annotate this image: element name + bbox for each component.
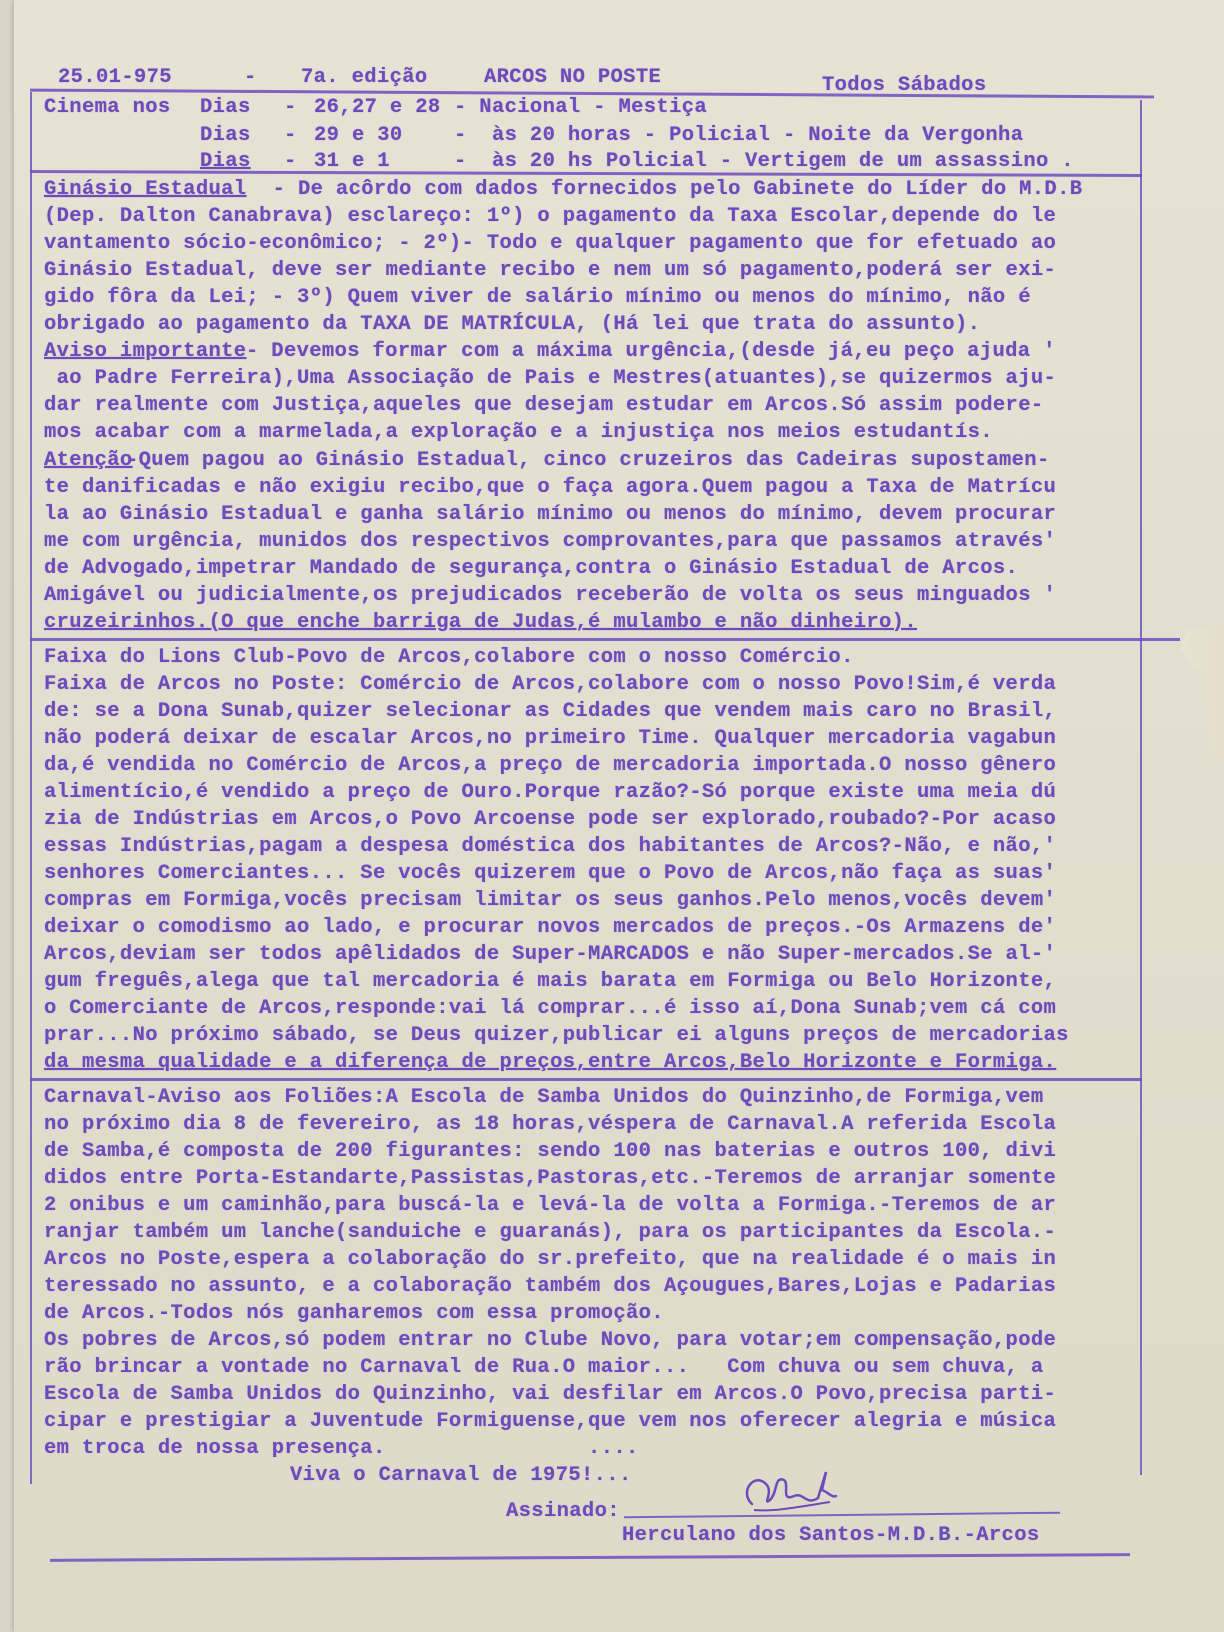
cinema-dias: Dias [200, 150, 251, 173]
paragraph-line: cruzeirinhos.(O que enche barriga de Jud… [44, 611, 917, 634]
paragraph-line: Arcos,deviam ser todos apêlidados de Sup… [44, 943, 1056, 966]
paragraph-line: não poderá deixar de escalar Arcos,no pr… [44, 727, 1056, 750]
header-date: 25.01-975 [58, 66, 172, 89]
paragraph-line: senhores Comerciantes... Se vocês quizer… [44, 862, 1056, 885]
paragraph-line: Carnaval-Aviso aos Foliões:A Escola de S… [44, 1086, 1044, 1109]
section-heading: Ginásio Estadual [44, 178, 246, 201]
left-border [30, 92, 32, 1484]
paragraph-line: vantamento sócio-econômico; - 2º)- Todo … [44, 232, 1056, 255]
paragraph-line: da mesma qualidade e a diferença de preç… [44, 1051, 1056, 1074]
paragraph-line: -Quem pagou ao Ginásio Estadual, cinco c… [126, 449, 1050, 472]
paragraph-line: o Comerciante de Arcos,responde:vai lá c… [44, 997, 1056, 1020]
cinema-days: 31 e 1 [314, 150, 390, 173]
paragraph-line: Faixa de Arcos no Poste: Comércio de Arc… [44, 673, 1056, 696]
cinema-sep: - [284, 96, 297, 119]
paragraph-line: mos acabar com a marmelada,a exploração … [44, 421, 993, 444]
paragraph-line: de: se a Dona Sunab,quizer selecionar as… [44, 700, 1056, 723]
header-edition: 7a. edição [301, 66, 428, 89]
paragraph-line: me com urgência, munidos dos respectivos… [44, 530, 1056, 553]
paragraph-line: - Devemos formar com a máxima urgência,(… [246, 340, 1056, 363]
paragraph-line: ao Padre Ferreira),Uma Associação de Pai… [44, 367, 1056, 390]
cinema-days: 29 e 30 [314, 124, 403, 147]
section-rule [30, 638, 1180, 641]
paragraph-line: de Arcos.-Todos nós ganharemos com essa … [44, 1302, 664, 1325]
paragraph-line: no próximo dia 8 de fevereiro, as 18 hor… [44, 1113, 1056, 1136]
bottom-rule [50, 1553, 1130, 1562]
atencao-heading: Atenção [44, 449, 133, 472]
paragraph-line: gido fôra da Lei; - 3º) Quem viver de sa… [44, 286, 1031, 309]
cinema-label: Cinema nos [44, 96, 171, 119]
newspaper-title: ARCOS NO POSTE [484, 66, 661, 89]
right-border [1140, 100, 1142, 1475]
paragraph-line: - De acôrdo com dados fornecidos pelo Ga… [260, 178, 1082, 201]
header-dash: - [244, 66, 257, 89]
cinema-info: - às 20 hs Policial - Vertigem de um ass… [454, 150, 1074, 173]
paragraph-line: teressado no assunto, e a colaboração ta… [44, 1275, 1056, 1298]
paragraph-line: da,é vendida no Comércio de Arcos,a preç… [44, 754, 1056, 777]
paragraph-line: Escola de Samba Unidos do Quinzinho, vai… [44, 1383, 1056, 1406]
signature-scribble [734, 1462, 844, 1522]
cinema-dias: Dias [200, 124, 251, 147]
paragraph-line: deixar o comodismo ao lado, e procurar n… [44, 916, 1056, 939]
paragraph-line: Faixa do Lions Club-Povo de Arcos,colabo… [44, 646, 854, 669]
typewritten-page: 25.01-975 - 7a. edição ARCOS NO POSTE To… [14, 0, 1224, 1632]
paragraph-line: cipar e prestigiar a Juventude Formiguen… [44, 1410, 1056, 1433]
paragraph-line: essas Indústrias,pagam a despesa domésti… [44, 835, 1056, 858]
paragraph-line: rão brincar a vontade no Carnaval de Rua… [44, 1356, 1044, 1379]
aviso-heading: Aviso importante [44, 340, 246, 363]
paragraph-line: 2 onibus e um caminhão,para buscá-la e l… [44, 1194, 1056, 1217]
paragraph-line: compras em Formiga,vocês precisam limita… [44, 889, 1056, 912]
paragraph-line: gum freguês,alega que tal mercadoria é m… [44, 970, 1056, 993]
paragraph-line: Os pobres de Arcos,só podem entrar no Cl… [44, 1329, 1056, 1352]
paragraph-line: (Dep. Dalton Canabrava) esclareço: 1º) o… [44, 205, 1056, 228]
signed-label: Assinado: [506, 1500, 620, 1523]
paragraph-line: didos entre Porta-Estandarte,Passistas,P… [44, 1167, 1056, 1190]
cinema-dias: Dias [200, 96, 251, 119]
cinema-info: - Nacional - Mestiça [454, 96, 707, 119]
paper-tear [1180, 620, 1224, 760]
cinema-sep: - [284, 124, 297, 147]
paragraph-line: dar realmente com Justiça,aqueles que de… [44, 394, 1044, 417]
paragraph-line: te danificadas e não exigiu recibo,que o… [44, 476, 1056, 499]
paragraph-line: prar...No próximo sábado, se Deus quizer… [44, 1024, 1069, 1047]
paragraph-line: de Advogado,impetrar Mandado de seguranç… [44, 557, 1018, 580]
paragraph-line: Amigável ou judicialmente,os prejudicado… [44, 584, 1056, 607]
section-rule [30, 1078, 1142, 1081]
signer-name: Herculano dos Santos-M.D.B.-Arcos [622, 1524, 1040, 1547]
paragraph-line: obrigado ao pagamento da TAXA DE MATRÍCU… [44, 313, 980, 336]
cinema-days: 26,27 e 28 [314, 96, 441, 119]
cinema-sep: - [284, 150, 297, 173]
paragraph-line: zia de Indústrias em Arcos,o Povo Arcoen… [44, 808, 1056, 831]
paragraph-line: alimentício,é vendido a preço de Ouro.Po… [44, 781, 1056, 804]
paragraph-line: la ao Ginásio Estadual e ganha salário m… [44, 503, 1056, 526]
paragraph-line: de Samba,é composta de 200 figurantes: s… [44, 1140, 1056, 1163]
paragraph-line: Arcos no Poste,espera a colaboração do s… [44, 1248, 1056, 1271]
cinema-info: - às 20 horas - Policial - Noite da Verg… [454, 124, 1023, 147]
closing-line: Viva o Carnaval de 1975!... [290, 1464, 632, 1487]
paragraph-line: em troca de nossa presença. .... [44, 1437, 639, 1460]
paragraph-line: ranjar também um lanche(sanduiche e guar… [44, 1221, 1056, 1244]
paragraph-line: Ginásio Estadual, deve ser mediante reci… [44, 259, 1056, 282]
